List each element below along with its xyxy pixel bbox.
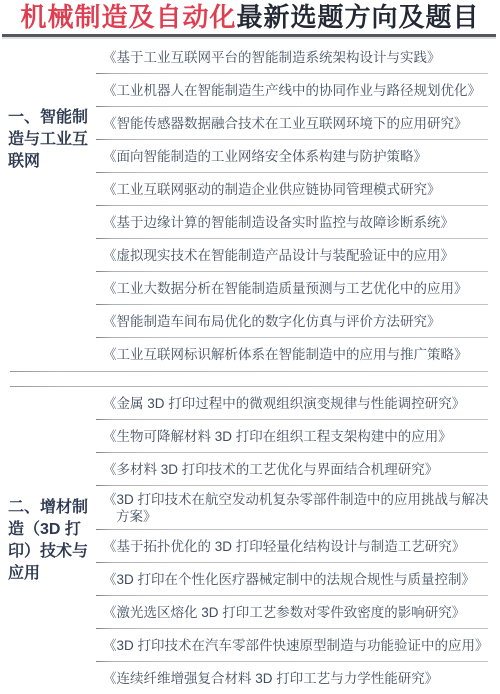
topic-row: 《面向智能制造的工业网络安全体系构建与防护策略》 [96,140,494,173]
topic-row: 《工业机器人在智能制造生产线中的协同作业与路径规划优化》 [96,74,494,107]
topic-text: 《3D 打印技术在汽车零部件快速原型制造与功能验证中的应用》 [96,632,491,659]
document-page: 机械制造及自动化最新选题方向及题目 一、智能制造与工业互联网《基于工业互联网平台… [0,0,500,694]
topic-row: 《金属 3D 打印过程中的微观组织演变规律与性能调控研究》 [96,387,494,420]
topic-row: 《3D 打印技术在航空发动机复杂零部件制造中的应用挑战与解决方案》 [96,486,494,530]
topic-row: 《智能传感器数据融合技术在工业互联网环境下的应用研究》 [96,107,494,140]
topic-list: 《基于工业互联网平台的智能制造系统架构设计与实践》《工业机器人在智能制造生产线中… [96,41,494,371]
title-highlight: 机械制造及自动化 [20,2,236,32]
topic-text: 《虚拟现实技术在智能制造产品设计与装配验证中的应用》 [96,242,456,269]
topic-text: 《智能制造车间布局优化的数字化仿真与评价方法研究》 [96,308,443,335]
topic-row: 《激光选区熔化 3D 打印工艺参数对零件致密度的影响研究》 [96,596,494,629]
page-header: 机械制造及自动化最新选题方向及题目 [0,0,500,32]
topic-text: 《基于工业互联网平台的智能制造系统架构设计与实践》 [96,44,443,71]
topic-text: 《3D 打印技术在航空发动机复杂零部件制造中的应用挑战与解决方案》 [96,486,494,530]
topic-list: 《金属 3D 打印过程中的微观组织演变规律与性能调控研究》《生物可降解材料 3D… [96,387,494,694]
topic-text: 《激光选区熔化 3D 打印工艺参数对零件致密度的影响研究》 [96,599,467,626]
topic-row: 《工业大数据分析在智能制造质量预测与工艺优化中的应用》 [96,272,494,305]
topic-row: 《工业互联网驱动的制造企业供应链协同管理模式研究》 [96,173,494,206]
topic-text: 《面向智能制造的工业网络安全体系构建与防护策略》 [96,143,429,170]
topic-text: 《基于拓扑优化的 3D 打印轻量化结构设计与制造工艺研究》 [96,533,467,560]
topic-row: 《虚拟现实技术在智能制造产品设计与装配验证中的应用》 [96,239,494,272]
topic-text: 《工业互联网驱动的制造企业供应链协同管理模式研究》 [96,176,443,203]
topic-row: 《工业互联网标识解析体系在智能制造中的应用与推广策略》 [96,338,494,371]
topic-text: 《基于边缘计算的智能制造设备实时监控与故障诊断系统》 [96,209,456,236]
topics-table: 一、智能制造与工业互联网《基于工业互联网平台的智能制造系统架构设计与实践》《工业… [0,37,500,694]
topic-row: 《多材料 3D 打印技术的工艺优化与界面结合机理研究》 [96,453,494,486]
topic-row: 《基于工业互联网平台的智能制造系统架构设计与实践》 [96,41,494,74]
section-label: 二、增材制造（3D 打印）技术与应用 [8,497,96,585]
topic-text: 《3D 打印在个性化医疗器械定制中的法规合规性与质量控制》 [96,566,477,593]
topic-row: 《基于边缘计算的智能制造设备实时监控与故障诊断系统》 [96,206,494,239]
topic-text: 《连续纤维增强复合材料 3D 打印工艺与力学性能研究》 [96,665,440,692]
topic-row: 《3D 打印技术在汽车零部件快速原型制造与功能验证中的应用》 [96,629,494,662]
topic-text: 《多材料 3D 打印技术的工艺优化与界面结合机理研究》 [96,456,440,483]
topic-text: 《智能传感器数据融合技术在工业互联网环境下的应用研究》 [96,110,470,137]
topic-row: 《生物可降解材料 3D 打印在组织工程支架构建中的应用》 [96,420,494,453]
page-title: 机械制造及自动化最新选题方向及题目 [0,3,500,32]
section-label: 一、智能制造与工业互联网 [8,41,96,173]
topic-row: 《连续纤维增强复合材料 3D 打印工艺与力学性能研究》 [96,662,494,694]
topic-row: 《3D 打印在个性化医疗器械定制中的法规合规性与质量控制》 [96,563,494,596]
section-1: 一、智能制造与工业互联网《基于工业互联网平台的智能制造系统架构设计与实践》《工业… [8,41,494,371]
topic-text: 《工业大数据分析在智能制造质量预测与工艺优化中的应用》 [96,275,470,302]
topic-text: 《生物可降解材料 3D 打印在组织工程支架构建中的应用》 [96,423,454,450]
topic-text: 《工业机器人在智能制造生产线中的协同作业与路径规划优化》 [96,77,483,104]
topic-text: 《工业互联网标识解析体系在智能制造中的应用与推广策略》 [96,341,470,368]
section-divider-gap [8,372,494,386]
topic-row: 《基于拓扑优化的 3D 打印轻量化结构设计与制造工艺研究》 [96,530,494,563]
title-rest: 最新选题方向及题目 [237,2,480,32]
topic-text: 《金属 3D 打印过程中的微观组织演变规律与性能调控研究》 [96,390,467,417]
topic-row: 《智能制造车间布局优化的数字化仿真与评价方法研究》 [96,305,494,338]
section-2: 二、增材制造（3D 打印）技术与应用《金属 3D 打印过程中的微观组织演变规律与… [8,387,494,694]
